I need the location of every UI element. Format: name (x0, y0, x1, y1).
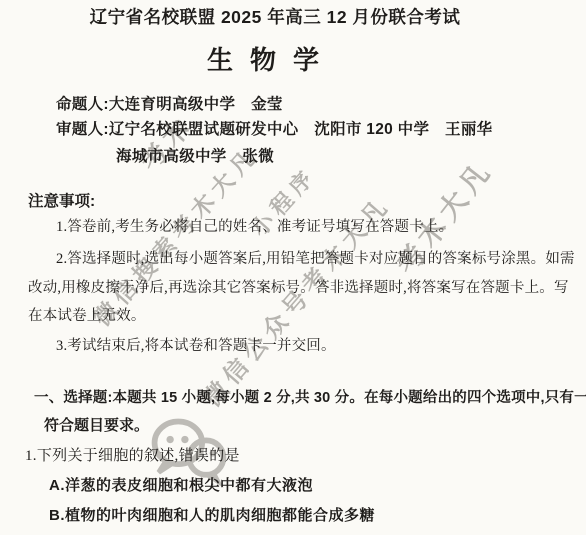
notice-line: 3.考试结束后,将本试卷和答题卡一并交回。 (56, 334, 336, 355)
exam-title: 辽宁省名校联盟 2025 年高三 12 月份联合考试 (0, 4, 568, 29)
setter-label: 命题人: (56, 96, 109, 113)
notice-line: 2.答选择题时,选出每小题答案后,用铅笔把答题卡对应题目的答案标号涂黑。如需 (56, 247, 575, 268)
section-one-heading-continued: 符合题目要求。 (44, 414, 149, 435)
notice-heading: 注意事项: (28, 189, 95, 211)
reviewer-value: 辽宁名校联盟试题研发中心 沈阳市 120 中学 王丽华 (109, 121, 493, 138)
question-1-option-b: B.植物的叶肉细胞和人的肌肉细胞都能合成多糖 (49, 504, 375, 525)
reviewer-line-continued: 海城市高级中学 张微 (116, 144, 274, 166)
section-one-heading: 一、选择题:本题共 15 小题,每小题 2 分,共 30 分。在每小题给出的四个… (34, 386, 586, 407)
question-1-option-a: A.洋葱的表皮细胞和根尖中都有大液泡 (49, 474, 313, 495)
subject-title: 生物学 (207, 40, 336, 77)
page-content: 辽宁省名校联盟 2025 年高三 12 月份联合考试 生物学 命题人:大连育明高… (0, 0, 586, 535)
setter-value: 大连育明高级中学 金莹 (109, 96, 283, 113)
notice-line: 1.答卷前,考生务必将自己的姓名、准考证号填写在答题卡上。 (56, 215, 453, 236)
reviewer-line: 审题人:辽宁名校联盟试题研发中心 沈阳市 120 中学 王丽华 (56, 117, 492, 139)
setter-line: 命题人:大连育明高级中学 金莹 (56, 92, 283, 114)
notice-line: 在本试卷上无效。 (28, 304, 146, 325)
notice-line: 改动,用橡皮擦干净后,再选涂其它答案标号。答非选择题时,将答案写在答题卡上。写 (28, 276, 569, 297)
exam-paper-page: 考木微信搜索考木大凡小程序考木大凡微信公众号考木大凡 辽宁省名校联盟 2025 … (0, 0, 586, 535)
reviewer-label: 审题人: (56, 121, 109, 138)
question-1-stem: 1.下列关于细胞的叙述,错误的是 (25, 444, 240, 465)
